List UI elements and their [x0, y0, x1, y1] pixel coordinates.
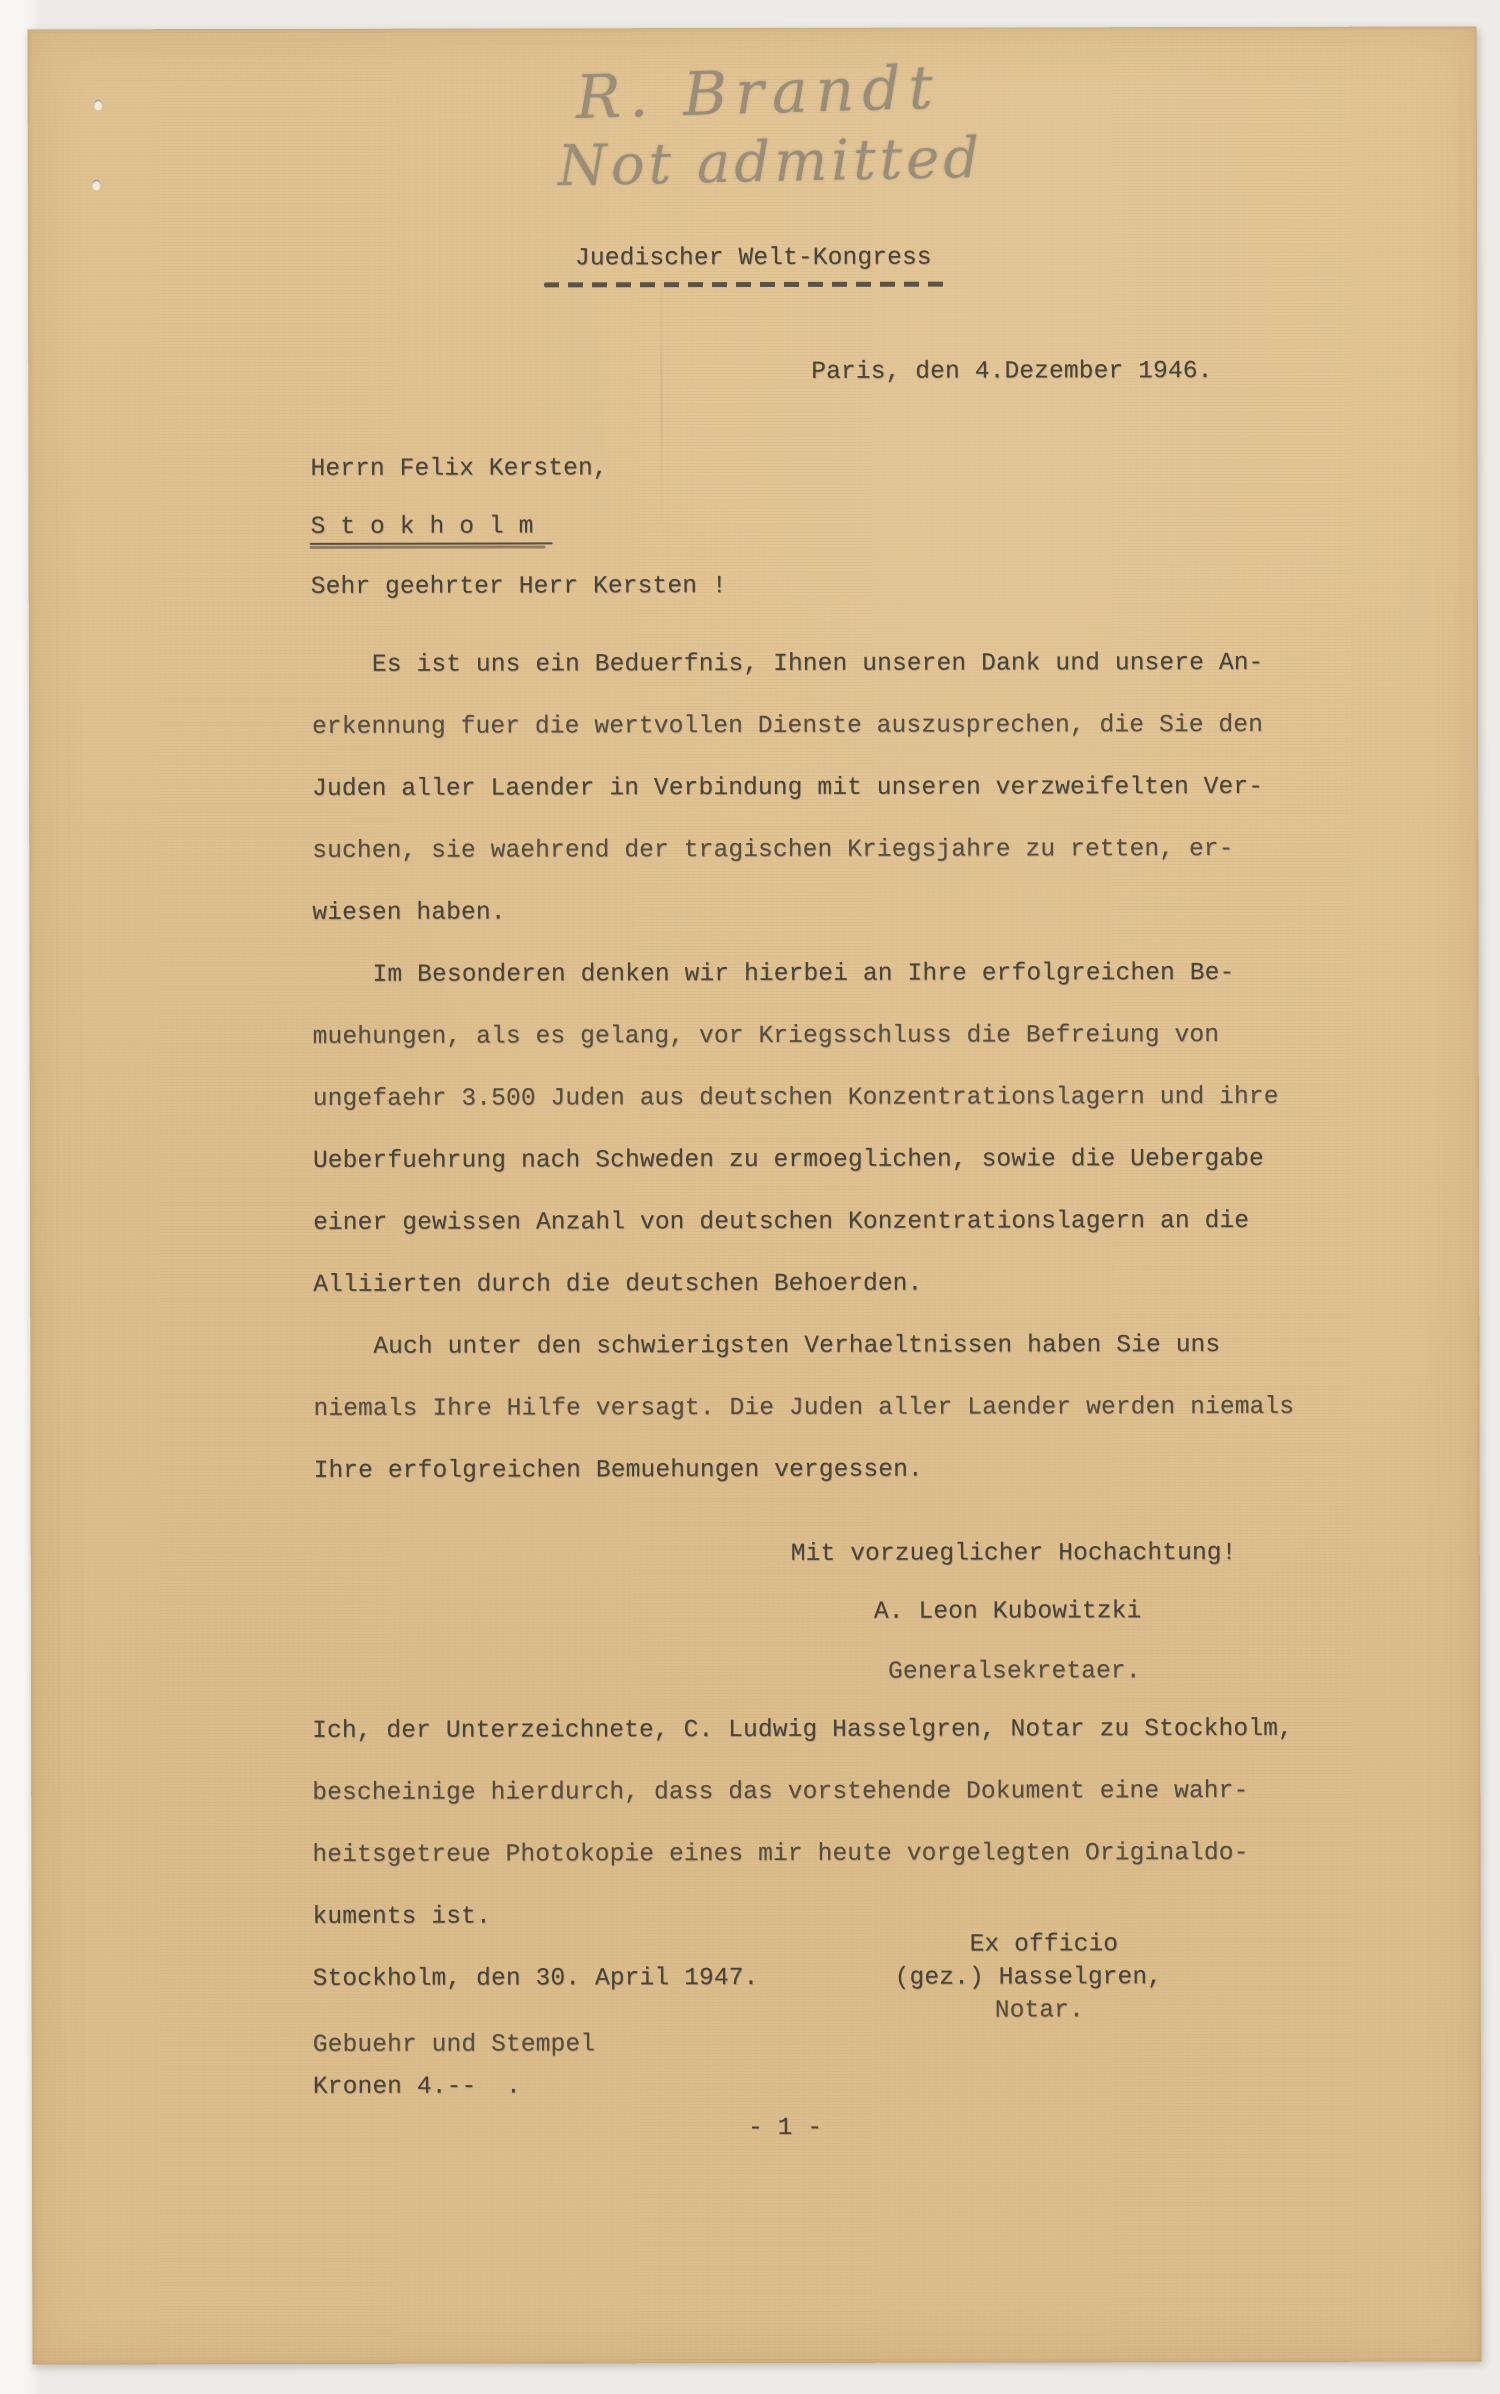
date-line: Paris, den 4.Dezember 1946.	[811, 357, 1212, 388]
letterhead-title: Juedischer Welt-Kongress	[575, 244, 932, 275]
body-line: erkennung fuer die wertvollen Dienste au…	[312, 711, 1263, 743]
pencil-annotation-note: Not admitted	[557, 126, 983, 199]
body-line: Im Besonderen denken wir hierbei an Ihre…	[373, 959, 1235, 991]
staple-hole	[94, 99, 103, 110]
body-line: Alliierten durch die deutschen Behoerden…	[313, 1270, 922, 1301]
body-line: wiesen haben.	[312, 899, 505, 929]
notary-signed: (gez.) Hasselgren,	[895, 1963, 1163, 1994]
pencil-annotation-name: R. Brandt	[575, 53, 942, 133]
body-line: ungefaehr 3.500 Juden aus deutschen Konz…	[313, 1083, 1279, 1115]
letter-page: R. Brandt Not admitted Juedischer Welt-K…	[28, 26, 1482, 2364]
body-line: muehungen, als es gelang, vor Kriegsschl…	[313, 1021, 1219, 1053]
body-line: Es ist uns ein Beduerfnis, Ihnen unseren…	[372, 649, 1264, 681]
body-line: Auch unter den schwierigsten Verhaeltnis…	[373, 1331, 1220, 1363]
notary-ex-officio: Ex officio	[970, 1930, 1119, 1960]
notary-line: kuments ist.	[312, 1903, 490, 1933]
fee-line: Gebuehr und Stempel	[313, 2030, 595, 2061]
paper-crease	[660, 268, 663, 538]
closing-compliment: Mit vorzueglicher Hochachtung!	[791, 1539, 1237, 1570]
body-line: niemals Ihre Hilfe versagt. Die Juden al…	[313, 1393, 1294, 1425]
closing-role: Generalsekretaer.	[888, 1657, 1141, 1688]
notary-line: heitsgetreue Photokopie eines mir heute …	[312, 1839, 1248, 1871]
recipient-city: S t o k h o l m	[311, 512, 534, 542]
body-line: einer gewissen Anzahl von deutschen Konz…	[313, 1207, 1249, 1239]
closing-signer: A. Leon Kubowitzki	[874, 1597, 1142, 1628]
body-line: Ueberfuehrung nach Schweden zu ermoeglic…	[313, 1145, 1264, 1177]
body-line: Juden aller Laender in Verbindung mit un…	[312, 773, 1263, 805]
notary-line: Ich, der Unterzeichnete, C. Ludwig Hasse…	[312, 1715, 1293, 1747]
recipient-name: Herrn Felix Kersten,	[310, 454, 607, 485]
salutation: Sehr geehrter Herr Kersten !	[311, 572, 727, 603]
notary-place-date: Stockholm, den 30. April 1947.	[313, 1964, 759, 1995]
page-number: - 1 -	[748, 2114, 822, 2144]
city-underline	[310, 542, 553, 549]
body-line: suchen, sie waehrend der tragischen Krie…	[312, 835, 1233, 867]
fee-line: Kronen 4.-- .	[313, 2072, 521, 2102]
notary-line: bescheinige hierdurch, dass das vorstehe…	[312, 1777, 1248, 1809]
notary-signed-role: Notar.	[995, 1996, 1084, 2026]
letterhead-underline	[544, 282, 948, 288]
staple-hole	[92, 179, 101, 190]
body-line: Ihre erfolgreichen Bemuehungen vergessen…	[314, 1456, 923, 1487]
